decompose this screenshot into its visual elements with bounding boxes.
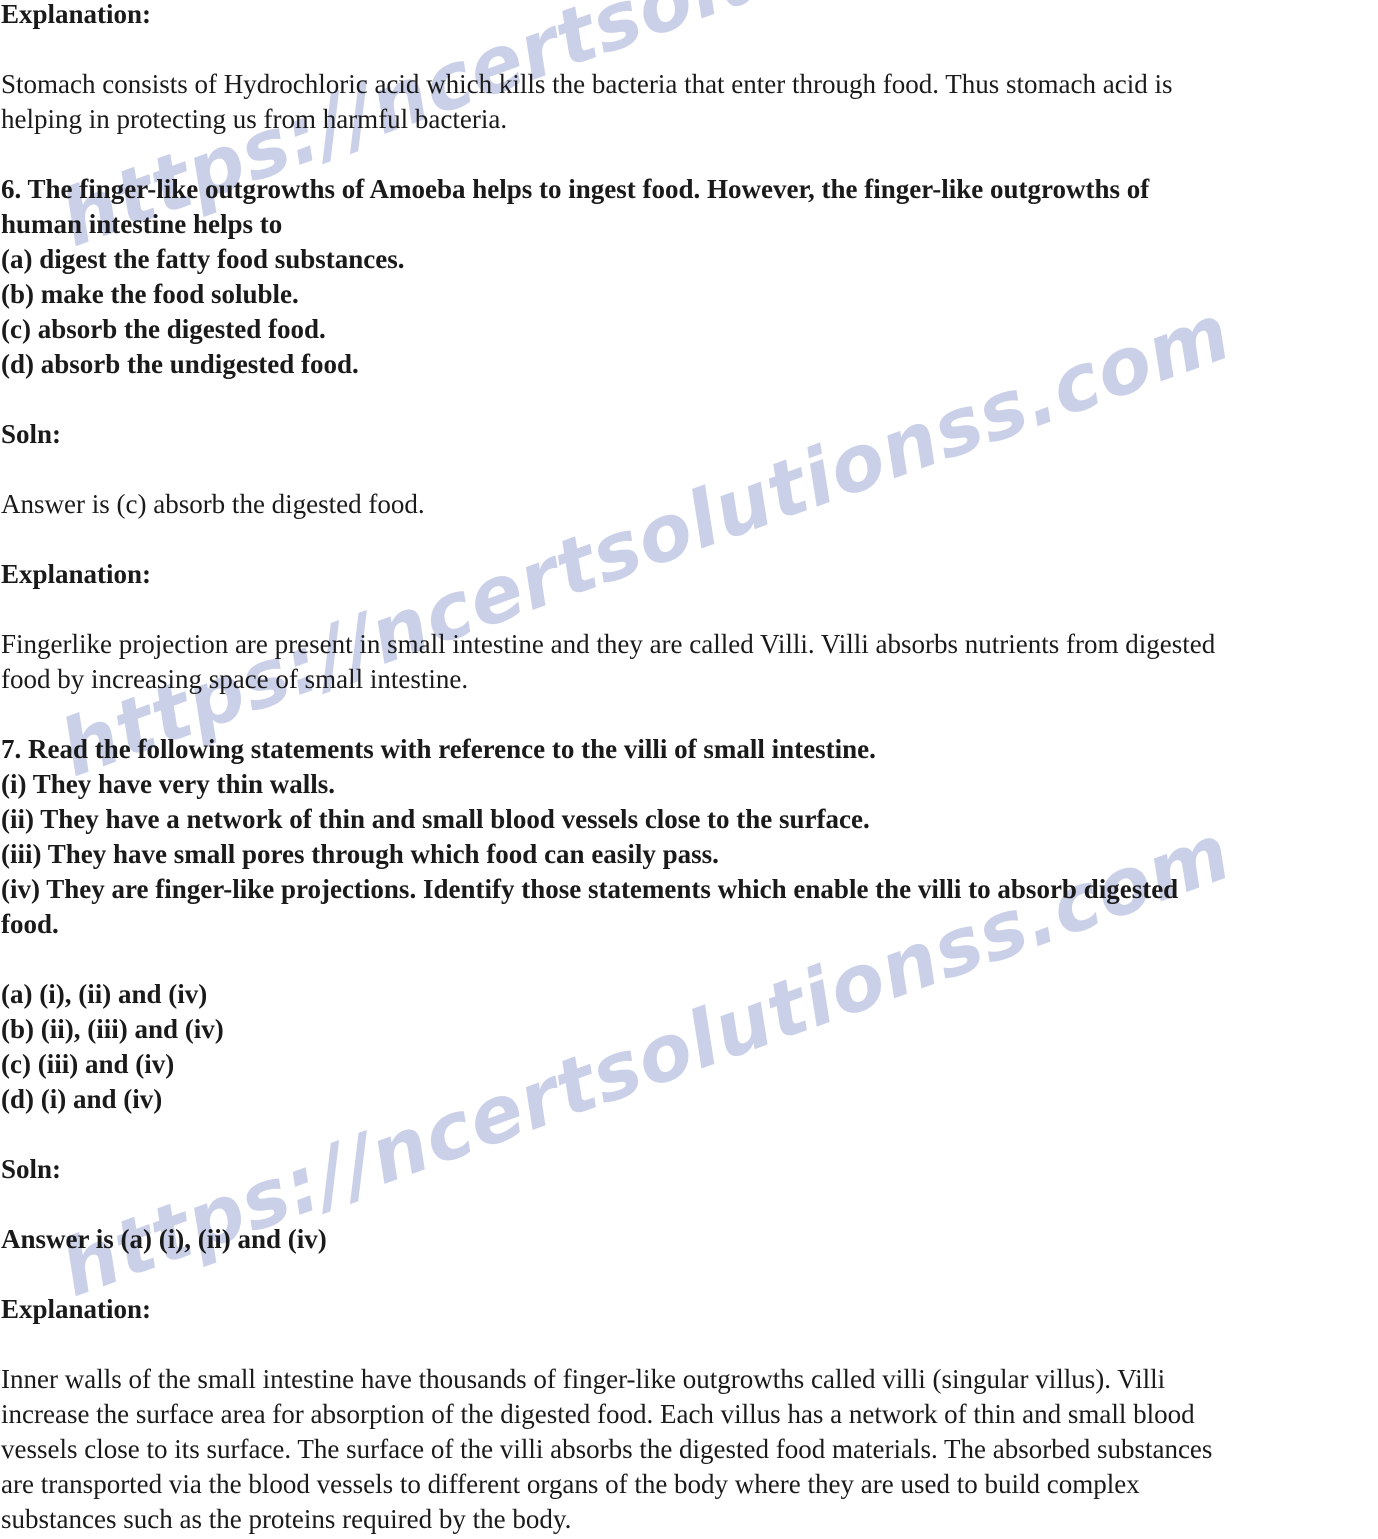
question-7-statement-iv: (iv) They are finger-like projections. I… — [1, 872, 1377, 907]
explanation-heading: Explanation: — [1, 0, 1377, 32]
question-6-option-c: (c) absorb the digested food. — [1, 312, 1377, 347]
question-6-option-d: (d) absorb the undigested food. — [1, 347, 1377, 382]
explanation-line: increase the surface area for absorption… — [1, 1397, 1377, 1432]
question-7-answer: Answer is (a) (i), (ii) and (iv) — [1, 1222, 1377, 1257]
explanation-line: Stomach consists of Hydrochloric acid wh… — [1, 67, 1377, 102]
document-page: Explanation: Stomach consists of Hydroch… — [1, 0, 1377, 1537]
explanation-line: are transported via the blood vessels to… — [1, 1467, 1377, 1502]
question-7-text: 7. Read the following statements with re… — [1, 732, 1377, 767]
explanation-line: Fingerlike projection are present in sma… — [1, 627, 1377, 662]
explanation-line: helping in protecting us from harmful ba… — [1, 102, 1377, 137]
question-6-option-b: (b) make the food soluble. — [1, 277, 1377, 312]
soln-heading: Soln: — [1, 1152, 1377, 1187]
question-7-option-d: (d) (i) and (iv) — [1, 1082, 1377, 1117]
question-6-option-a: (a) digest the fatty food substances. — [1, 242, 1377, 277]
question-7-statement-ii: (ii) They have a network of thin and sma… — [1, 802, 1377, 837]
explanation-heading: Explanation: — [1, 1292, 1377, 1327]
question-6-text: human intestine helps to — [1, 207, 1377, 242]
question-7-statement-i: (i) They have very thin walls. — [1, 767, 1377, 802]
soln-heading: Soln: — [1, 417, 1377, 452]
question-6-text: 6. The finger-like outgrowths of Amoeba … — [1, 172, 1377, 207]
explanation-line: Inner walls of the small intestine have … — [1, 1362, 1377, 1397]
question-7-option-b: (b) (ii), (iii) and (iv) — [1, 1012, 1377, 1047]
explanation-line: vessels close to its surface. The surfac… — [1, 1432, 1377, 1467]
question-7-option-c: (c) (iii) and (iv) — [1, 1047, 1377, 1082]
question-6-answer: Answer is (c) absorb the digested food. — [1, 487, 1377, 522]
question-7-statement-iii: (iii) They have small pores through whic… — [1, 837, 1377, 872]
explanation-line: food by increasing space of small intest… — [1, 662, 1377, 697]
explanation-heading: Explanation: — [1, 557, 1377, 592]
question-7-option-a: (a) (i), (ii) and (iv) — [1, 977, 1377, 1012]
explanation-line: substances such as the proteins required… — [1, 1502, 1377, 1537]
question-7-statement-iv: food. — [1, 907, 1377, 942]
